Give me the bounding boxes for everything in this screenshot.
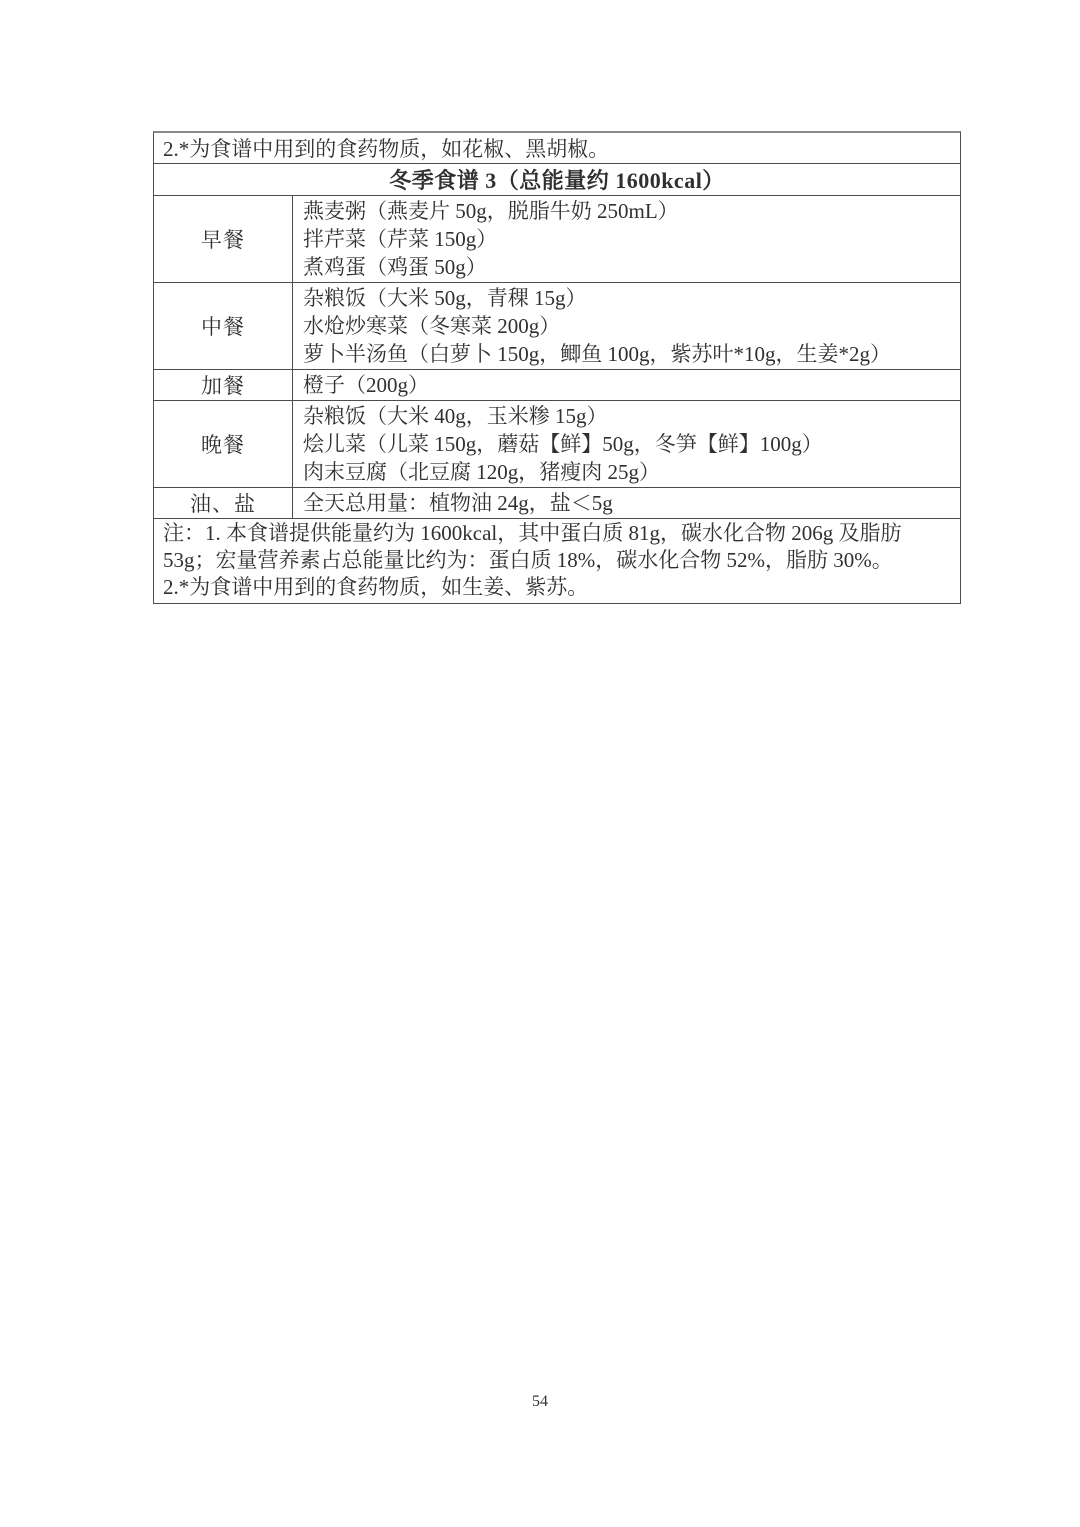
meal-item: 拌芹菜（芹菜 150g） [303, 225, 950, 253]
meal-label-breakfast: 早餐 [154, 196, 293, 282]
meal-item: 肉末豆腐（北豆腐 120g，猪瘦肉 25g） [303, 458, 950, 486]
table-title-row: 冬季食谱 3（总能量约 1600kcal） [154, 163, 960, 195]
meal-item: 烩儿菜（儿菜 150g，蘑菇【鲜】50g，冬笋【鲜】100g） [303, 430, 950, 458]
meal-item: 煮鸡蛋（鸡蛋 50g） [303, 253, 950, 281]
meal-label-snack: 加餐 [154, 370, 293, 400]
table-title: 冬季食谱 3（总能量约 1600kcal） [389, 164, 725, 195]
table-row-lunch: 中餐 杂粮饭（大米 50g，青稞 15g） 水炝炒寒菜（冬寒菜 200g） 萝卜… [154, 282, 960, 369]
meal-items-lunch: 杂粮饭（大米 50g，青稞 15g） 水炝炒寒菜（冬寒菜 200g） 萝卜半汤鱼… [293, 283, 960, 369]
document-page: 2.*为食谱中用到的食药物质，如花椒、黑胡椒。 冬季食谱 3（总能量约 1600… [0, 0, 1080, 1527]
meal-item: 水炝炒寒菜（冬寒菜 200g） [303, 312, 950, 340]
meal-plan-table: 2.*为食谱中用到的食药物质，如花椒、黑胡椒。 冬季食谱 3（总能量约 1600… [153, 131, 961, 604]
note-line: 注：1. 本食谱提供能量约为 1600kcal，其中蛋白质 81g，碳水化合物 … [163, 520, 951, 574]
meal-label-lunch: 中餐 [154, 283, 293, 369]
note-line: 2.*为食谱中用到的食药物质，如生姜、紫苏。 [163, 574, 951, 601]
meal-label-dinner: 晚餐 [154, 401, 293, 487]
meal-items-oil-salt: 全天总用量：植物油 24g，盐＜5g [293, 488, 960, 518]
meal-item: 杂粮饭（大米 50g，青稞 15g） [303, 284, 950, 312]
meal-item: 全天总用量：植物油 24g，盐＜5g [303, 489, 950, 517]
meal-item: 橙子（200g） [303, 371, 950, 399]
table-row-dinner: 晚餐 杂粮饭（大米 40g，玉米糁 15g） 烩儿菜（儿菜 150g，蘑菇【鲜】… [154, 400, 960, 487]
table-pre-note-row: 2.*为食谱中用到的食药物质，如花椒、黑胡椒。 [154, 133, 960, 163]
table-row-oil-salt: 油、盐 全天总用量：植物油 24g，盐＜5g [154, 487, 960, 518]
meal-item: 燕麦粥（燕麦片 50g，脱脂牛奶 250mL） [303, 197, 950, 225]
meal-items-breakfast: 燕麦粥（燕麦片 50g，脱脂牛奶 250mL） 拌芹菜（芹菜 150g） 煮鸡蛋… [293, 196, 960, 282]
page-number: 54 [0, 1393, 1080, 1411]
meal-items-dinner: 杂粮饭（大米 40g，玉米糁 15g） 烩儿菜（儿菜 150g，蘑菇【鲜】50g… [293, 401, 960, 487]
pre-note-text: 2.*为食谱中用到的食药物质，如花椒、黑胡椒。 [163, 133, 609, 163]
table-notes-row: 注：1. 本食谱提供能量约为 1600kcal，其中蛋白质 81g，碳水化合物 … [154, 518, 960, 603]
table-row-breakfast: 早餐 燕麦粥（燕麦片 50g，脱脂牛奶 250mL） 拌芹菜（芹菜 150g） … [154, 195, 960, 282]
meal-item: 杂粮饭（大米 40g，玉米糁 15g） [303, 402, 950, 430]
table-row-snack: 加餐 橙子（200g） [154, 369, 960, 400]
meal-item: 萝卜半汤鱼（白萝卜 150g，鲫鱼 100g，紫苏叶*10g，生姜*2g） [303, 340, 950, 368]
meal-items-snack: 橙子（200g） [293, 370, 960, 400]
meal-label-oil-salt: 油、盐 [154, 488, 293, 518]
